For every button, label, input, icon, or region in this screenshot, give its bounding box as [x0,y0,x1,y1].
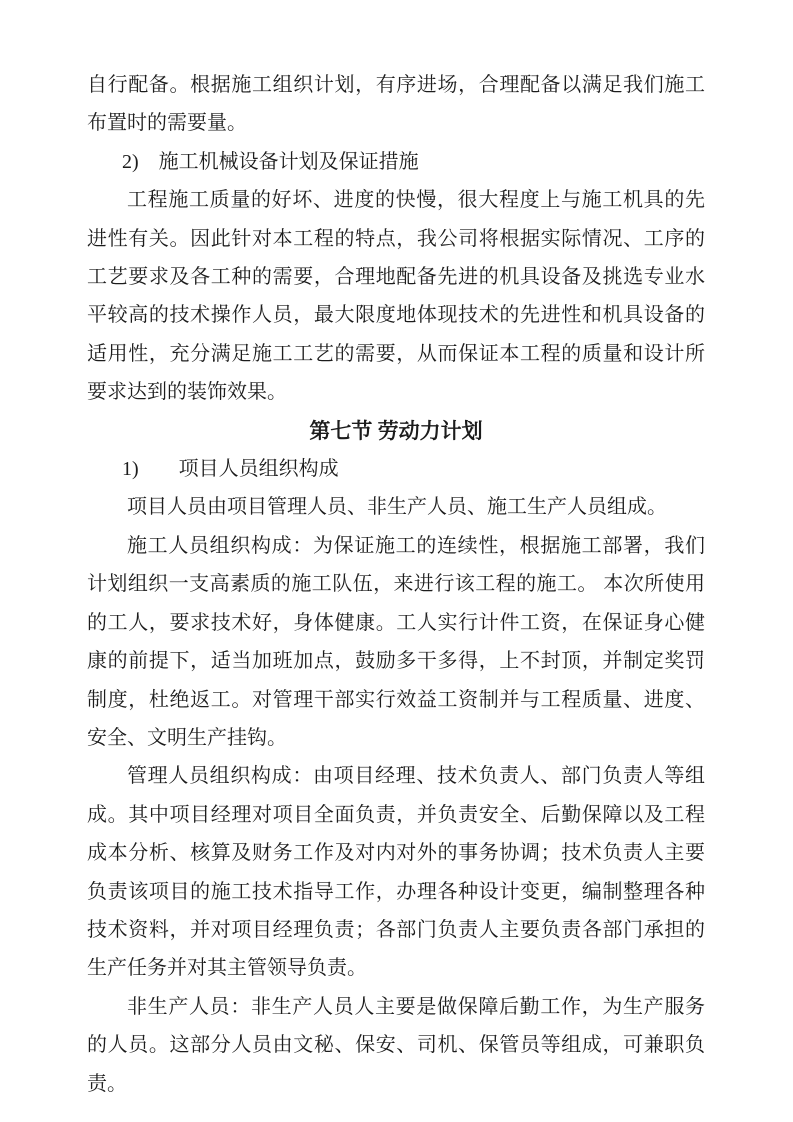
paragraph-non-production-personnel: 非生产人员：非生产人员人主要是做保障后勤工作，为生产服务的人员。这部分人员由文秘… [87,988,705,1103]
numbered-item-machinery-plan: 2) 施工机械设备计划及保证措施 [87,143,705,181]
paragraph-construction-personnel: 施工人员组织构成：为保证施工的连续性，根据施工部署，我们计划组织一支高素质的施工… [87,527,705,757]
numbered-item-personnel-structure: 1) 项目人员组织构成 [87,450,705,488]
document-page: 自行配备。根据施工组织计划，有序进场，合理配备以满足我们施工布置时的需要量。 2… [0,0,793,1122]
paragraph-machinery-measures: 工程施工质量的好坏、进度的快慢，很大程度上与施工机具的先进性有关。因此针对本工程… [87,181,705,411]
paragraph-personnel-composition: 项目人员由项目管理人员、非生产人员、施工生产人员组成。 [87,488,705,526]
paragraph-equipment-overflow: 自行配备。根据施工组织计划，有序进场，合理配备以满足我们施工布置时的需要量。 [87,66,705,143]
paragraph-management-personnel: 管理人员组织构成：由项目经理、技术负责人、部门负责人等组成。其中项目经理对项目全… [87,757,705,987]
section-heading-labor-plan: 第七节 劳动力计划 [87,412,705,450]
